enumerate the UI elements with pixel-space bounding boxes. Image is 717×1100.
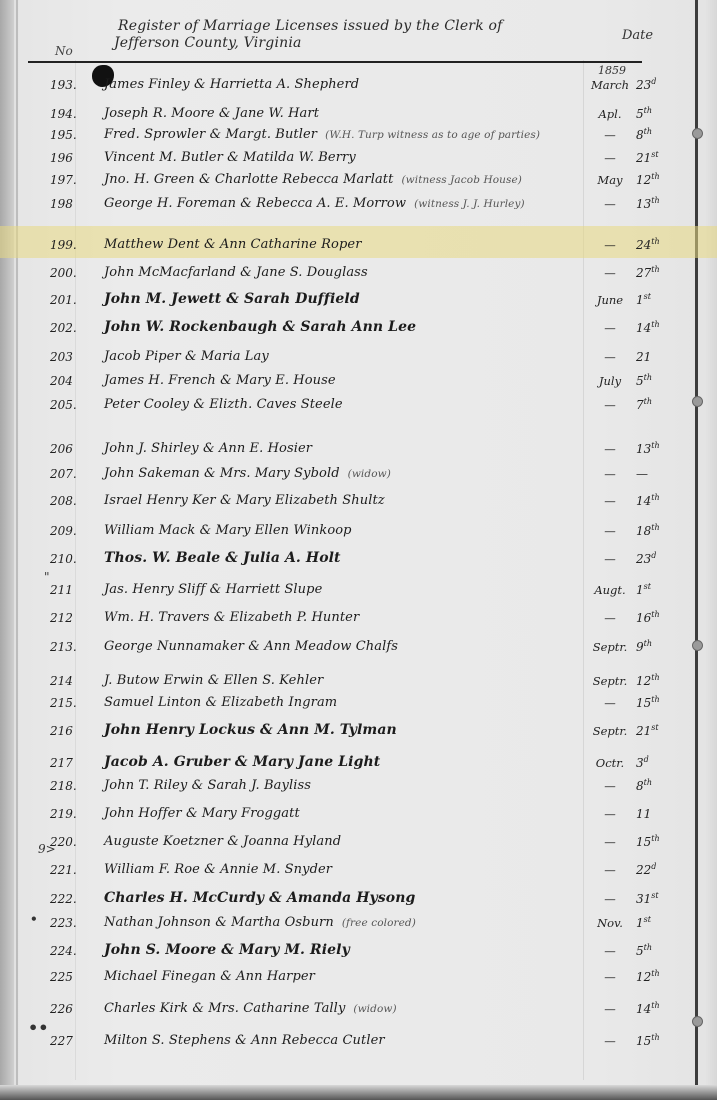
table-row: 226Charles Kirk & Mrs. Catharine Tally(w… <box>0 992 717 1018</box>
entry-day: 12th <box>636 172 670 187</box>
entry-number: 219. <box>50 807 77 821</box>
entry-names: John T. Riley & Sarah J. Bayliss <box>104 778 574 793</box>
margin-mark: 9> <box>38 842 56 856</box>
entry-number: 207. <box>50 467 77 481</box>
couple-names: Jacob A. Gruber & Mary Jane Light <box>104 754 380 770</box>
entry-day: 5th <box>636 943 670 958</box>
entry-names: Matthew Dent & Ann Catharine Roper <box>104 237 574 252</box>
couple-names: John M. Jewett & Sarah Duffield <box>104 291 360 307</box>
table-row: 218.John T. Riley & Sarah J. Bayliss—8th <box>0 769 717 795</box>
entry-names: John Henry Lockus & Ann M. Tylman <box>104 722 574 738</box>
table-row: 209.William Mack & Mary Ellen Winkoop—18… <box>0 514 717 540</box>
entry-names: Jacob A. Gruber & Mary Jane Light <box>104 754 574 770</box>
entry-day: 15th <box>636 1033 670 1048</box>
couple-names: John S. Moore & Mary M. Riely <box>104 942 350 958</box>
day-number: 15 <box>636 835 651 849</box>
entry-month: Nov. <box>590 916 630 930</box>
table-row: 223.Nathan Johnson & Martha Osburn(free … <box>0 906 717 932</box>
entry-month: — <box>590 1002 630 1016</box>
entry-note: (widow) <box>348 468 391 480</box>
entry-number: 198 <box>50 197 73 211</box>
table-row: 202.John W. Rockenbaugh & Sarah Ann Lee—… <box>0 311 717 337</box>
entry-note: (W.H. Turp witness as to age of parties) <box>325 129 540 141</box>
entry-names: James Finley & Harrietta A. Shepherd <box>104 77 574 92</box>
table-row: 201.John M. Jewett & Sarah DuffieldJune1… <box>0 283 717 309</box>
entry-number: 211 <box>50 583 73 597</box>
margin-mark: •• <box>28 1018 48 1037</box>
entry-day: 13th <box>636 196 670 211</box>
table-row: 210.Thos. W. Beale & Julia A. Holt—23d <box>0 542 717 568</box>
day-number: 13 <box>636 442 651 456</box>
couple-names: John T. Riley & Sarah J. Bayliss <box>104 778 311 793</box>
entry-month: Octr. <box>590 756 630 770</box>
day-suffix: d <box>651 551 656 560</box>
entry-names: John S. Moore & Mary M. Riely <box>104 942 574 958</box>
day-suffix: st <box>651 723 658 732</box>
day-number: 24 <box>636 238 651 252</box>
entry-note: (witness Jacob House) <box>401 174 522 186</box>
entry-day: 21st <box>636 723 670 738</box>
day-number: 21 <box>636 350 651 364</box>
entry-names: John McMacfarland & Jane S. Douglass <box>104 265 574 280</box>
day-suffix: th <box>651 834 659 843</box>
day-suffix: th <box>644 397 652 406</box>
entry-number: 226 <box>50 1002 73 1016</box>
date-column-header: Date <box>622 28 653 43</box>
entry-names: James H. French & Mary E. House <box>104 373 574 388</box>
day-suffix: th <box>651 265 659 274</box>
entry-day: 31st <box>636 891 670 906</box>
entry-number: 199. <box>50 238 77 252</box>
day-suffix: st <box>644 582 651 591</box>
day-number: 8 <box>636 128 644 142</box>
table-row: 216John Henry Lockus & Ann M. TylmanSept… <box>0 714 717 740</box>
entry-number: 200. <box>50 266 77 280</box>
day-number: — <box>636 467 648 481</box>
day-number: 23 <box>636 552 651 566</box>
entry-month: — <box>590 398 630 412</box>
entry-month: June <box>590 293 630 307</box>
day-suffix: th <box>651 1001 659 1010</box>
day-suffix: th <box>651 695 659 704</box>
entry-day: 16th <box>636 610 670 625</box>
day-suffix: d <box>651 77 656 86</box>
entry-number: 205. <box>50 398 77 412</box>
day-suffix: st <box>651 891 658 900</box>
entry-note: (free colored) <box>342 917 416 929</box>
entry-day: 13th <box>636 441 670 456</box>
table-row: 213.George Nunnamaker & Ann Meadow Chalf… <box>0 630 717 656</box>
entry-day: 5th <box>636 373 670 388</box>
day-suffix: d <box>651 862 656 871</box>
entry-number: 204 <box>50 374 73 388</box>
entry-names: Israel Henry Ker & Mary Elizabeth Shultz <box>104 493 574 508</box>
day-suffix: d <box>644 755 649 764</box>
entry-number: 203 <box>50 350 73 364</box>
couple-names: Charles H. McCurdy & Amanda Hysong <box>104 890 415 906</box>
couple-names: Michael Finegan & Ann Harper <box>104 969 315 984</box>
entry-day: 24th <box>636 237 670 252</box>
entry-month: — <box>590 611 630 625</box>
entry-month: — <box>590 779 630 793</box>
entry-day: 1st <box>636 582 670 597</box>
day-number: 15 <box>636 696 651 710</box>
entry-month: — <box>590 494 630 508</box>
entry-month: — <box>590 128 630 142</box>
couple-names: Charles Kirk & Mrs. Catharine Tally <box>104 1001 345 1016</box>
entry-day: 3d <box>636 755 670 770</box>
entry-month: July <box>590 374 630 388</box>
couple-names: Auguste Koetzner & Joanna Hyland <box>104 834 341 849</box>
table-row: 198George H. Foreman & Rebecca A. E. Mor… <box>0 187 717 213</box>
day-suffix: th <box>644 127 652 136</box>
entry-names: Milton S. Stephens & Ann Rebecca Cutler <box>104 1033 574 1048</box>
entry-month: — <box>590 552 630 566</box>
couple-names: Jacob Piper & Maria Lay <box>104 349 269 364</box>
entry-names: Charles H. McCurdy & Amanda Hysong <box>104 890 574 906</box>
couple-names: Matthew Dent & Ann Catharine Roper <box>104 237 362 252</box>
entry-day: 14th <box>636 1001 670 1016</box>
entry-month: — <box>590 238 630 252</box>
day-suffix: th <box>644 373 652 382</box>
couple-names: Jas. Henry Sliff & Harriett Slupe <box>104 582 322 597</box>
day-number: 1 <box>636 916 644 930</box>
couple-names: Wm. H. Travers & Elizabeth P. Hunter <box>104 610 359 625</box>
entry-names: Wm. H. Travers & Elizabeth P. Hunter <box>104 610 574 625</box>
couple-names: John Hoffer & Mary Froggatt <box>104 806 300 821</box>
entry-number: 218. <box>50 779 77 793</box>
entry-month: — <box>590 321 630 335</box>
day-number: 14 <box>636 494 651 508</box>
entry-number: 210. <box>50 552 77 566</box>
day-number: 11 <box>636 807 651 821</box>
day-number: 5 <box>636 944 644 958</box>
day-suffix: th <box>651 320 659 329</box>
day-suffix: th <box>644 639 652 648</box>
day-number: 16 <box>636 611 651 625</box>
day-number: 27 <box>636 266 651 280</box>
entry-number: 201. <box>50 293 77 307</box>
entry-names: Jacob Piper & Maria Lay <box>104 349 574 364</box>
couple-names: John J. Shirley & Ann E. Hosier <box>104 441 312 456</box>
entry-month: — <box>590 696 630 710</box>
entry-number: 222. <box>50 892 77 906</box>
entry-names: Jno. H. Green & Charlotte Rebecca Marlat… <box>104 172 574 187</box>
table-row: 207.John Sakeman & Mrs. Mary Sybold(wido… <box>0 457 717 483</box>
table-row: 199.Matthew Dent & Ann Catharine Roper—2… <box>0 228 717 254</box>
day-suffix: th <box>651 172 659 181</box>
entry-day: 27th <box>636 265 670 280</box>
entry-day: 9th <box>636 639 670 654</box>
entry-month: — <box>590 524 630 538</box>
entry-names: John Hoffer & Mary Froggatt <box>104 806 574 821</box>
table-row: 204James H. French & Mary E. HouseJuly5t… <box>0 364 717 390</box>
table-row: 225Michael Finegan & Ann Harper—12th <box>0 960 717 986</box>
number-column-header: No <box>55 44 73 58</box>
table-row: 221.William F. Roe & Annie M. Snyder—22d <box>0 853 717 879</box>
entry-day: 23d <box>636 77 670 92</box>
entry-day: 18th <box>636 523 670 538</box>
entry-month: — <box>590 266 630 280</box>
day-suffix: th <box>651 523 659 532</box>
day-number: 21 <box>636 724 651 738</box>
entry-month: Septr. <box>590 640 630 654</box>
couple-names: James Finley & Harrietta A. Shepherd <box>104 77 359 92</box>
day-number: 7 <box>636 398 644 412</box>
table-row: 200.John McMacfarland & Jane S. Douglass… <box>0 256 717 282</box>
ledger-page: Register of Marriage Licenses issued by … <box>0 0 717 1100</box>
table-row: 197.Jno. H. Green & Charlotte Rebecca Ma… <box>0 163 717 189</box>
entry-names: Charles Kirk & Mrs. Catharine Tally(wido… <box>104 1001 574 1016</box>
table-row: 222.Charles H. McCurdy & Amanda Hysong—3… <box>0 882 717 908</box>
entry-names: Peter Cooley & Elizth. Caves Steele <box>104 397 574 412</box>
couple-names: William F. Roe & Annie M. Snyder <box>104 862 332 877</box>
entry-month: Septr. <box>590 724 630 738</box>
entry-day: 14th <box>636 493 670 508</box>
couple-names: George H. Foreman & Rebecca A. E. Morrow <box>104 196 406 211</box>
entry-names: John M. Jewett & Sarah Duffield <box>104 291 574 307</box>
table-row: 193.James Finley & Harrietta A. Shepherd… <box>0 68 717 94</box>
entry-number: 209. <box>50 524 77 538</box>
entry-names: George Nunnamaker & Ann Meadow Chalfs <box>104 639 574 654</box>
entry-month: — <box>590 970 630 984</box>
entry-day: 12th <box>636 969 670 984</box>
table-row: 224.John S. Moore & Mary M. Riely—5th <box>0 934 717 960</box>
entry-number: 212 <box>50 611 73 625</box>
entry-number: 217 <box>50 756 73 770</box>
entry-month: — <box>590 350 630 364</box>
entry-day: 7th <box>636 397 670 412</box>
day-suffix: th <box>651 1033 659 1042</box>
entry-month: — <box>590 442 630 456</box>
page-title: Register of Marriage Licenses issued by … <box>118 18 558 52</box>
entry-number: 216 <box>50 724 73 738</box>
entry-names: William F. Roe & Annie M. Snyder <box>104 862 574 877</box>
entry-day: 11 <box>636 806 670 821</box>
couple-names: Samuel Linton & Elizabeth Ingram <box>104 695 337 710</box>
table-row: 220.Auguste Koetzner & Joanna Hyland—15t… <box>0 825 717 851</box>
entry-month: — <box>590 467 630 481</box>
entry-day: 1st <box>636 292 670 307</box>
day-suffix: th <box>644 943 652 952</box>
day-number: 15 <box>636 1034 651 1048</box>
entry-number: 224. <box>50 944 77 958</box>
entry-number: 206 <box>50 442 73 456</box>
entry-month: March <box>590 78 630 92</box>
entry-number: 208. <box>50 494 77 508</box>
margin-mark: " <box>44 570 50 584</box>
title-line-1: Register of Marriage Licenses issued by … <box>118 18 558 35</box>
day-suffix: st <box>644 915 651 924</box>
day-suffix: th <box>651 673 659 682</box>
entry-number: 197. <box>50 173 77 187</box>
day-number: 13 <box>636 197 651 211</box>
day-suffix: th <box>651 969 659 978</box>
entry-month: — <box>590 1034 630 1048</box>
couple-names: John Henry Lockus & Ann M. Tylman <box>104 722 397 738</box>
entry-number: 223. <box>50 916 77 930</box>
day-number: 14 <box>636 1002 651 1016</box>
couple-names: William Mack & Mary Ellen Winkoop <box>104 523 352 538</box>
entry-day: — <box>636 466 670 481</box>
entry-names: Nathan Johnson & Martha Osburn(free colo… <box>104 915 574 930</box>
entry-names: John Sakeman & Mrs. Mary Sybold(widow) <box>104 466 574 481</box>
entry-names: Thos. W. Beale & Julia A. Holt <box>104 550 574 566</box>
couple-names: John W. Rockenbaugh & Sarah Ann Lee <box>104 319 416 335</box>
entry-day: 15th <box>636 695 670 710</box>
day-number: 31 <box>636 892 651 906</box>
day-number: 3 <box>636 756 644 770</box>
entry-month: May <box>590 173 630 187</box>
entry-names: John J. Shirley & Ann E. Hosier <box>104 441 574 456</box>
table-row: 203Jacob Piper & Maria Lay—21 <box>0 340 717 366</box>
entry-month: — <box>590 863 630 877</box>
day-number: 1 <box>636 293 644 307</box>
entry-day: 8th <box>636 778 670 793</box>
table-row: 212Wm. H. Travers & Elizabeth P. Hunter—… <box>0 601 717 627</box>
entry-names: George H. Foreman & Rebecca A. E. Morrow… <box>104 196 574 211</box>
day-number: 5 <box>636 374 644 388</box>
entry-day: 8th <box>636 127 670 142</box>
couple-names: George Nunnamaker & Ann Meadow Chalfs <box>104 639 398 654</box>
entry-number: 215. <box>50 696 77 710</box>
margin-mark: • <box>30 912 38 926</box>
entry-number: 225 <box>50 970 73 984</box>
day-number: 14 <box>636 321 651 335</box>
entry-day: 15th <box>636 834 670 849</box>
header-divider <box>28 61 642 63</box>
day-number: 23 <box>636 78 651 92</box>
couple-names: John McMacfarland & Jane S. Douglass <box>104 265 368 280</box>
table-row: 227Milton S. Stephens & Ann Rebecca Cutl… <box>0 1024 717 1050</box>
couple-names: Thos. W. Beale & Julia A. Holt <box>104 550 341 566</box>
entry-day: 14th <box>636 320 670 335</box>
day-number: 22 <box>636 863 651 877</box>
day-number: 9 <box>636 640 644 654</box>
page-bottom-edge <box>0 1085 717 1100</box>
entry-names: Samuel Linton & Elizabeth Ingram <box>104 695 574 710</box>
entry-day: 21 <box>636 349 670 364</box>
couple-names: John Sakeman & Mrs. Mary Sybold <box>104 466 340 481</box>
entry-day: 1st <box>636 915 670 930</box>
couple-names: Fred. Sprowler & Margt. Butler <box>104 127 317 142</box>
entry-names: John W. Rockenbaugh & Sarah Ann Lee <box>104 319 574 335</box>
day-number: 12 <box>636 970 651 984</box>
day-suffix: th <box>644 778 652 787</box>
day-number: 8 <box>636 779 644 793</box>
entry-number: 227 <box>50 1034 73 1048</box>
day-number: 12 <box>636 173 651 187</box>
entry-names: William Mack & Mary Ellen Winkoop <box>104 523 574 538</box>
day-suffix: th <box>651 196 659 205</box>
day-suffix: th <box>651 237 659 246</box>
entry-day: 22d <box>636 862 670 877</box>
entry-month: — <box>590 835 630 849</box>
table-row: 219.John Hoffer & Mary Froggatt—11 <box>0 797 717 823</box>
table-row: 206John J. Shirley & Ann E. Hosier—13th <box>0 432 717 458</box>
day-number: 1 <box>636 583 644 597</box>
couple-names: Jno. H. Green & Charlotte Rebecca Marlat… <box>104 172 393 187</box>
couple-names: Peter Cooley & Elizth. Caves Steele <box>104 397 343 412</box>
entry-names: Jas. Henry Sliff & Harriett Slupe <box>104 582 574 597</box>
day-number: 18 <box>636 524 651 538</box>
entry-number: 213. <box>50 640 77 654</box>
entry-month: — <box>590 944 630 958</box>
entry-number: 202. <box>50 321 77 335</box>
entry-month: — <box>590 807 630 821</box>
day-suffix: th <box>651 493 659 502</box>
couple-names: James H. French & Mary E. House <box>104 373 336 388</box>
entry-month: — <box>590 892 630 906</box>
entry-names: Fred. Sprowler & Margt. Butler(W.H. Turp… <box>104 127 574 142</box>
entry-number: 221. <box>50 863 77 877</box>
entry-month: Augt. <box>590 583 630 597</box>
day-suffix: th <box>651 441 659 450</box>
entry-names: Auguste Koetzner & Joanna Hyland <box>104 834 574 849</box>
day-suffix: st <box>644 292 651 301</box>
couple-names: Milton S. Stephens & Ann Rebecca Cutler <box>104 1033 385 1048</box>
entry-day: 23d <box>636 551 670 566</box>
couple-names: Nathan Johnson & Martha Osburn <box>104 915 334 930</box>
couple-names: Israel Henry Ker & Mary Elizabeth Shultz <box>104 493 385 508</box>
entry-note: (witness J. J. Hurley) <box>414 198 525 210</box>
entry-names: Michael Finegan & Ann Harper <box>104 969 574 984</box>
entry-number: 195. <box>50 128 77 142</box>
table-row: 215.Samuel Linton & Elizabeth Ingram—15t… <box>0 686 717 712</box>
table-row: 208.Israel Henry Ker & Mary Elizabeth Sh… <box>0 484 717 510</box>
entry-note: (widow) <box>353 1003 396 1015</box>
title-line-2: Jefferson County, Virginia <box>114 35 558 52</box>
day-suffix: st <box>651 150 658 159</box>
entry-month: — <box>590 197 630 211</box>
entry-number: 193. <box>50 78 77 92</box>
table-row: 211Jas. Henry Sliff & Harriett SlupeAugt… <box>0 573 717 599</box>
table-row: 205.Peter Cooley & Elizth. Caves Steele—… <box>0 388 717 414</box>
day-suffix: th <box>651 610 659 619</box>
day-suffix: th <box>644 106 652 115</box>
